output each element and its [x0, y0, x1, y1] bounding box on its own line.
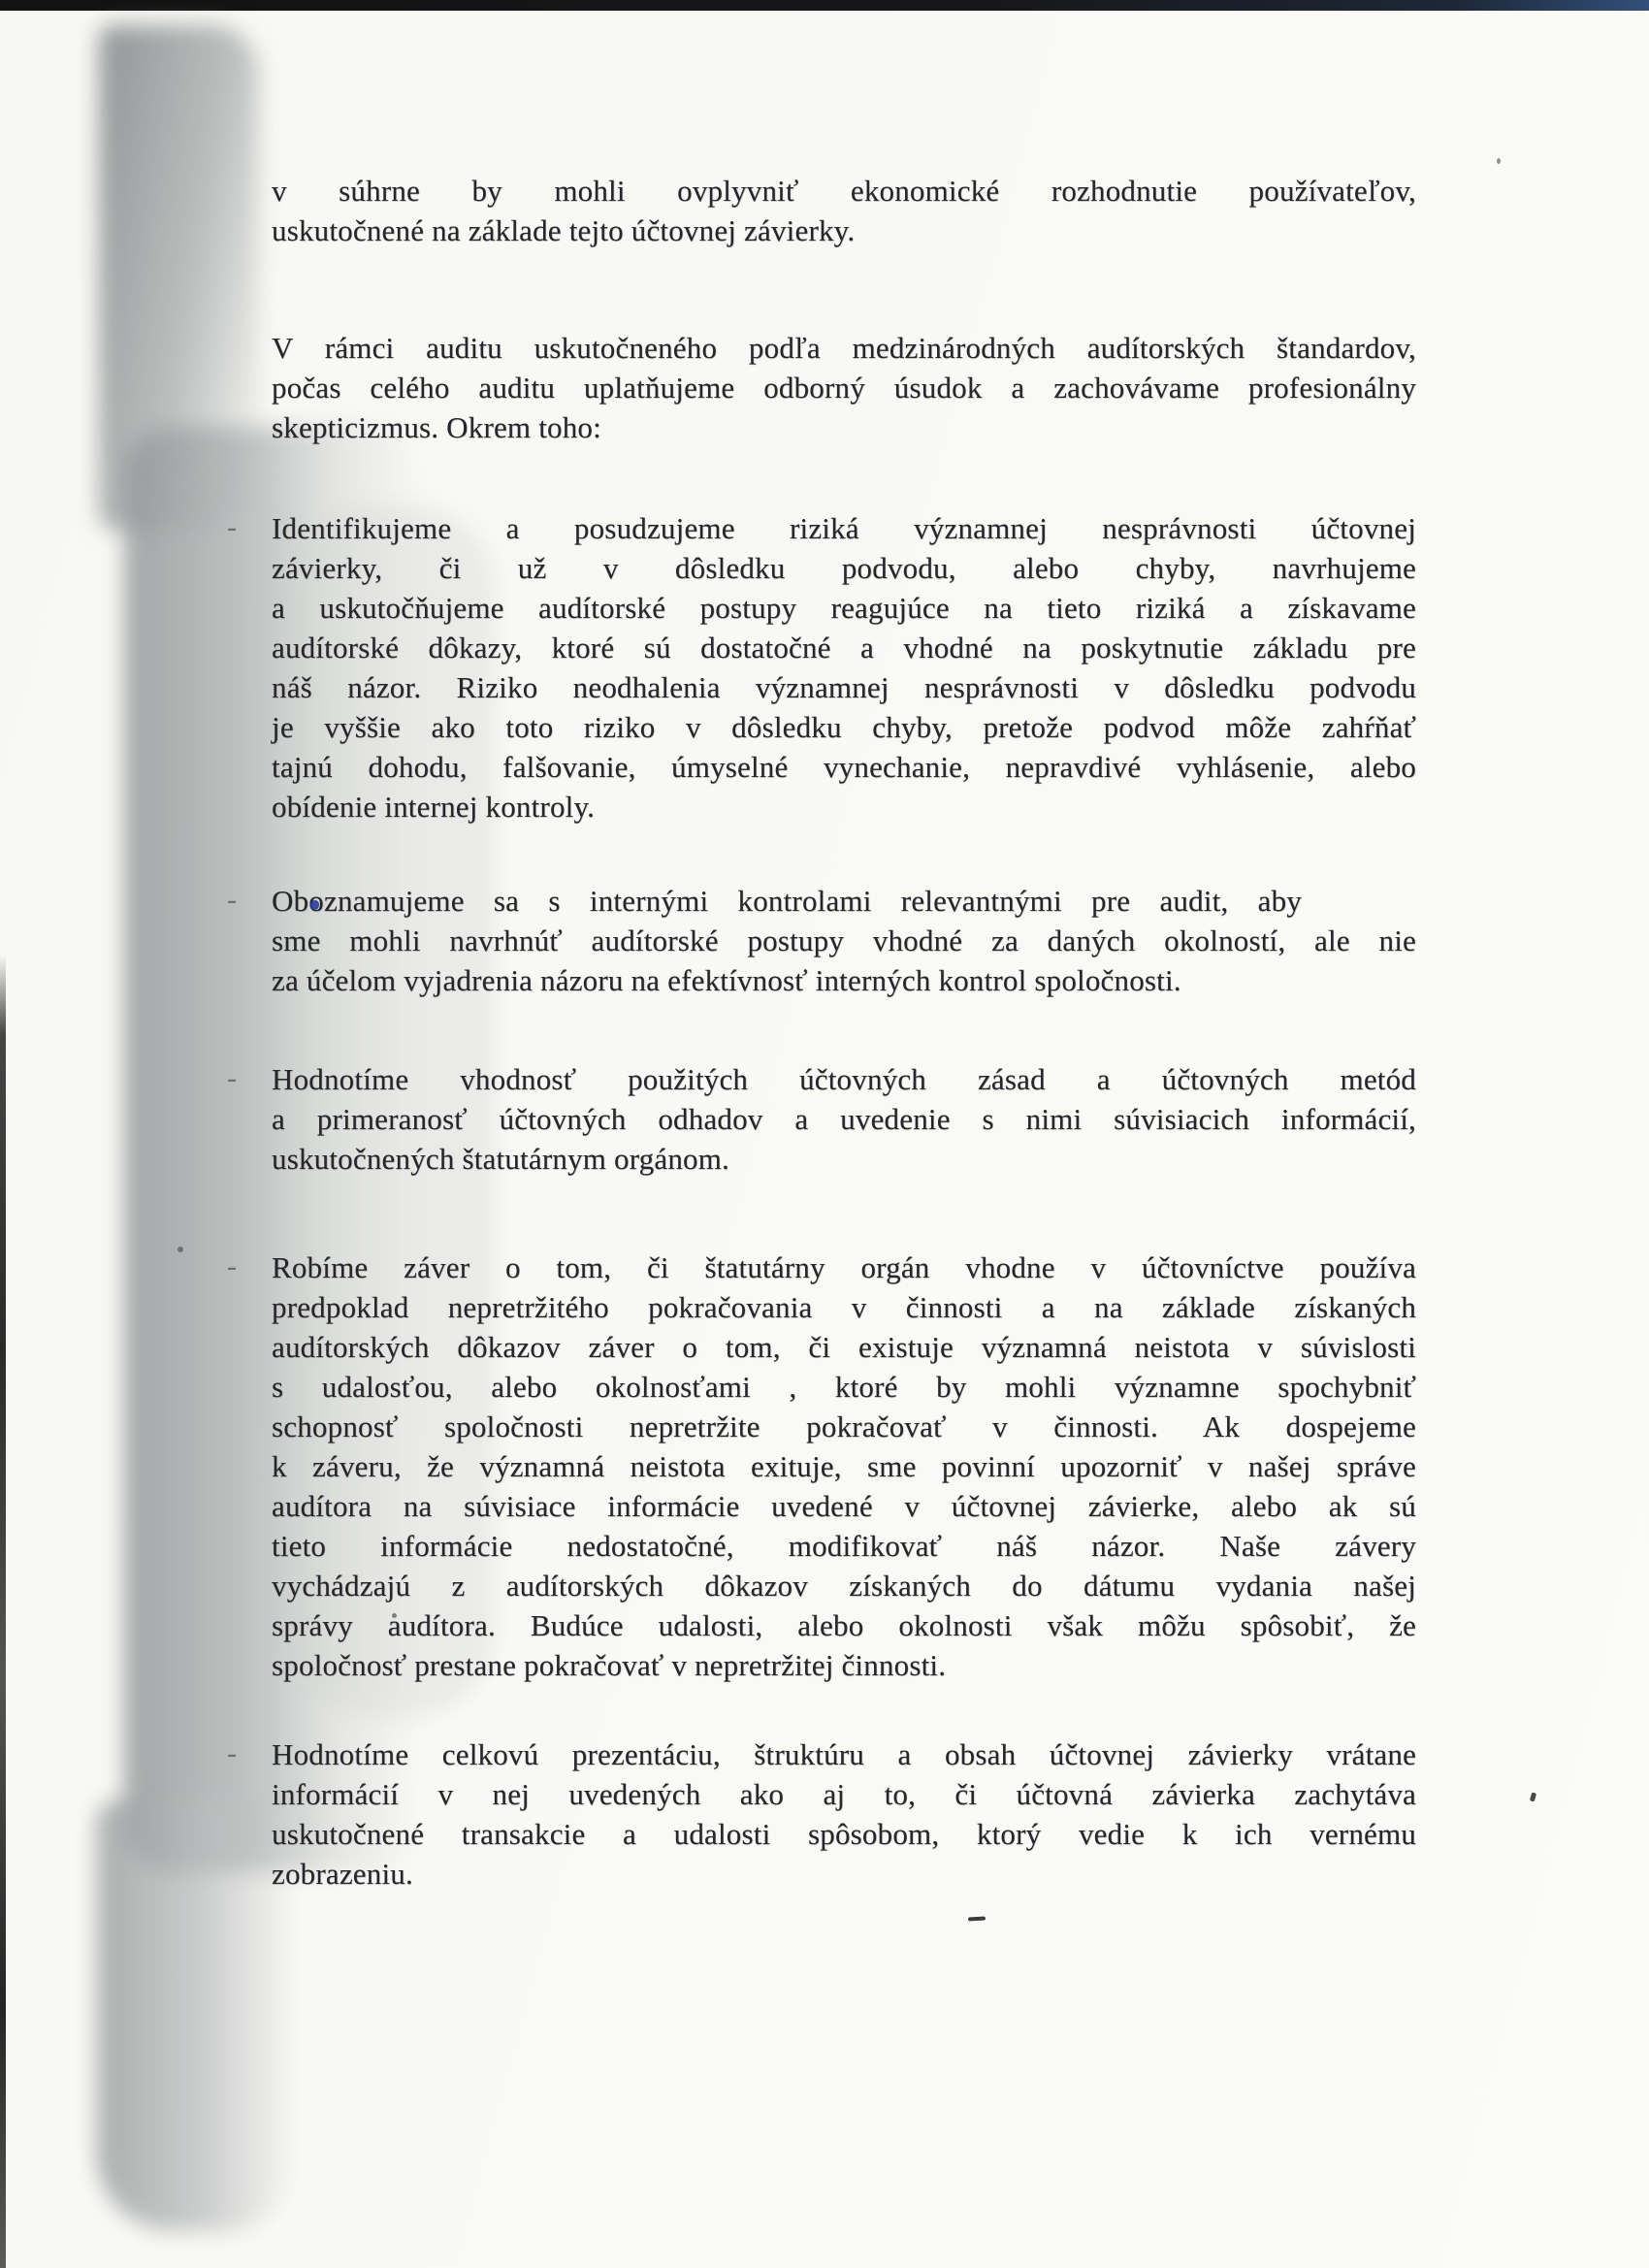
- text-line: audítorské dôkazy, ktoré sú dostatočné a…: [272, 628, 1416, 667]
- text-line: uskutočnených štatutárnym orgánom.: [272, 1139, 1416, 1179]
- text-line: tieto informácie nedostatočné, modifikov…: [272, 1526, 1416, 1566]
- text-line: uskutočnené transakcie a udalosti spôsob…: [272, 1814, 1416, 1854]
- scan-speck: [1497, 158, 1501, 164]
- text-line: schopnosť spoločnosti nepretržite pokrač…: [272, 1407, 1416, 1446]
- text-line: informácií v nej uvedených ako aj to, či…: [272, 1774, 1416, 1814]
- text-line: skepticizmus. Okrem toho:: [272, 407, 1416, 447]
- text-line: V rámci auditu uskutočneného podľa medzi…: [272, 328, 1416, 368]
- bullet-internal-controls: - Oboznamujeme sa s internými kontrolami…: [272, 881, 1416, 1000]
- text-line: Oboznamujeme sa s internými kontrolami r…: [272, 881, 1302, 921]
- text-line: je vyššie ako toto riziko v dôsledku chy…: [272, 707, 1416, 747]
- scan-speck: [1530, 1793, 1536, 1802]
- text-line: spoločnosť prestane pokračovať v nepretr…: [272, 1645, 1416, 1685]
- text-line: Hodnotíme vhodnosť použitých účtovných z…: [272, 1059, 1416, 1099]
- text-line: v súhrne by mohli ovplyvniť ekonomické r…: [272, 171, 1416, 211]
- text-line: predpoklad nepretržitého pokračovania v …: [272, 1287, 1416, 1327]
- text-line: tajnú dohodu, falšovanie, úmyselné vynec…: [272, 747, 1416, 787]
- bullet-dash: -: [227, 511, 237, 544]
- bullet-dash: -: [227, 1062, 237, 1095]
- bullet-dash: -: [227, 884, 237, 917]
- text-line: sme mohli navrhnúť audítorské postupy vh…: [272, 921, 1416, 960]
- bullet-dash: -: [227, 1250, 237, 1283]
- text-line: správy audítora. Budúce udalosti, alebo …: [272, 1605, 1416, 1645]
- text-line: uskutočnené na základe tejto účtovnej zá…: [272, 211, 1416, 250]
- bullet-going-concern: - Robíme záver o tom, či štatutárny orgá…: [272, 1247, 1416, 1685]
- paragraph-intro-continuation: v súhrne by mohli ovplyvniť ekonomické r…: [272, 171, 1416, 250]
- scan-speck: [178, 1247, 183, 1252]
- text-line: vychádzajú z audítorských dôkazov získan…: [272, 1566, 1416, 1605]
- scanner-shadow-top: [99, 25, 259, 530]
- text-line: a uskutočňujeme audítorské postupy reagu…: [272, 588, 1416, 628]
- text-line: Identifikujeme a posudzujeme riziká význ…: [272, 508, 1416, 548]
- text-line: Robíme záver o tom, či štatutárny orgán …: [272, 1247, 1416, 1287]
- bullet-dash: -: [227, 1737, 237, 1770]
- text-line: s udalosťou, alebo okolnosťami , ktoré b…: [272, 1367, 1416, 1407]
- text-line: závierky, či už v dôsledku podvodu, aleb…: [272, 548, 1416, 588]
- bullet-identify-risks: - Identifikujeme a posudzujeme riziká vý…: [272, 508, 1416, 826]
- text-line: počas celého auditu uplatňujeme odborný …: [272, 368, 1416, 407]
- scan-left-edge-line: [0, 956, 6, 2268]
- text-line: k záveru, že významná neistota exituje, …: [272, 1446, 1416, 1486]
- bullet-overall-presentation: - Hodnotíme celkovú prezentáciu, štruktú…: [272, 1734, 1416, 1894]
- text-line: Hodnotíme celkovú prezentáciu, štruktúru…: [272, 1734, 1416, 1774]
- text-line: audítorských dôkazov záver o tom, či exi…: [272, 1327, 1416, 1367]
- scanned-document-page: v súhrne by mohli ovplyvniť ekonomické r…: [0, 0, 1649, 2268]
- scanner-shadow-bottom: [97, 1799, 291, 2231]
- text-line: audítora na súvisiace informácie uvedené…: [272, 1486, 1416, 1526]
- text-line: obídenie internej kontroly.: [272, 787, 1416, 826]
- paragraph-audit-scope: V rámci auditu uskutočneného podľa medzi…: [272, 328, 1416, 447]
- bullet-accounting-policies: - Hodnotíme vhodnosť použitých účtovných…: [272, 1059, 1416, 1179]
- page-text: v súhrne by mohli ovplyvniť ekonomické r…: [272, 0, 1416, 2268]
- text-line: a primeranosť účtovných odhadov a uveden…: [272, 1099, 1416, 1139]
- text-line: zobrazeniu.: [272, 1854, 1416, 1894]
- text-line: náš názor. Riziko neodhalenia významnej …: [272, 667, 1416, 707]
- text-line: za účelom vyjadrenia názoru na efektívno…: [272, 960, 1416, 1000]
